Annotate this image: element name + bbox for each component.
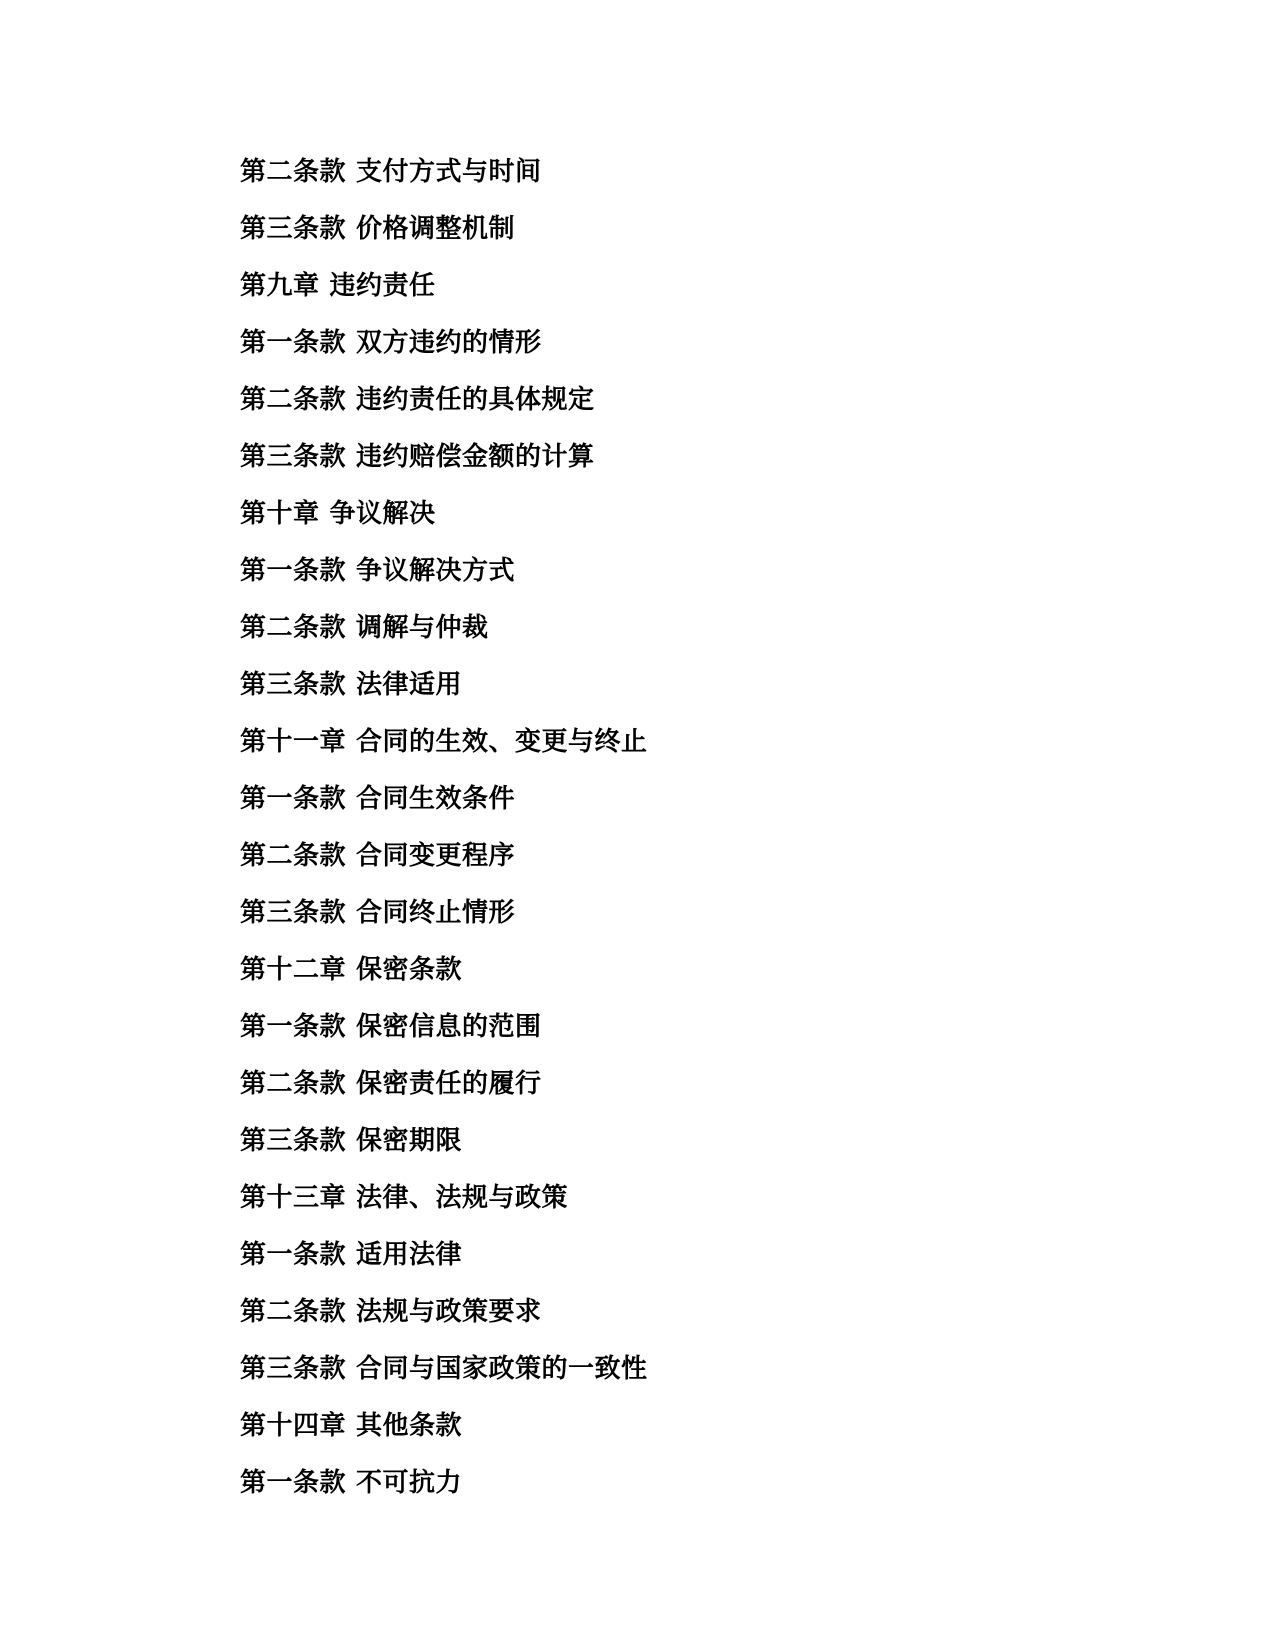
toc-entry-title: 不可抗力 xyxy=(356,1462,462,1499)
toc-entry-title: 合同与国家政策的一致性 xyxy=(356,1348,648,1385)
toc-entry-title: 违约责任的具体规定 xyxy=(356,379,595,416)
toc-entry-title: 调解与仲裁 xyxy=(356,607,489,644)
toc-entry-number: 第三条款 xyxy=(240,436,346,473)
toc-entry: 第三条款 合同终止情形 xyxy=(240,882,1215,939)
toc-entry: 第三条款 法律适用 xyxy=(240,654,1215,711)
toc-entry: 第十四章 其他条款 xyxy=(240,1395,1215,1452)
toc-entry-title: 法规与政策要求 xyxy=(356,1291,542,1328)
toc-entry-number: 第二条款 xyxy=(240,151,346,188)
toc-entry-number: 第十一章 xyxy=(240,721,346,758)
toc-entry: 第三条款 价格调整机制 xyxy=(240,198,1215,255)
toc-entry: 第二条款 法规与政策要求 xyxy=(240,1281,1215,1338)
toc-entry: 第十三章 法律、法规与政策 xyxy=(240,1167,1215,1224)
toc-entry-number: 第二条款 xyxy=(240,607,346,644)
toc-entry: 第二条款 保密责任的履行 xyxy=(240,1053,1215,1110)
toc-entry-number: 第十章 xyxy=(240,493,320,530)
toc-entry: 第一条款 争议解决方式 xyxy=(240,540,1215,597)
toc-entry-number: 第一条款 xyxy=(240,1234,346,1271)
toc-entry-number: 第二条款 xyxy=(240,1063,346,1100)
toc-entry-title: 争议解决 xyxy=(330,493,436,530)
toc-entry-number: 第三条款 xyxy=(240,208,346,245)
toc-entry: 第一条款 保密信息的范围 xyxy=(240,996,1215,1053)
toc-entry-title: 法律、法规与政策 xyxy=(356,1177,568,1214)
toc-entry: 第二条款 支付方式与时间 xyxy=(240,141,1215,198)
toc-entry-title: 法律适用 xyxy=(356,664,462,701)
toc-entry-title: 支付方式与时间 xyxy=(356,151,542,188)
toc-entry-number: 第一条款 xyxy=(240,1462,346,1499)
toc-entry: 第一条款 合同生效条件 xyxy=(240,768,1215,825)
toc-entry-number: 第三条款 xyxy=(240,892,346,929)
toc-entry-title: 违约赔偿金额的计算 xyxy=(356,436,595,473)
toc-entry-number: 第二条款 xyxy=(240,1291,346,1328)
toc-entry: 第三条款 违约赔偿金额的计算 xyxy=(240,426,1215,483)
toc-entry: 第一条款 不可抗力 xyxy=(240,1452,1215,1509)
toc-entry: 第二条款 调解与仲裁 xyxy=(240,597,1215,654)
toc-entry-number: 第一条款 xyxy=(240,778,346,815)
toc-entry: 第九章 违约责任 xyxy=(240,255,1215,312)
toc-entry: 第一条款 双方违约的情形 xyxy=(240,312,1215,369)
toc-entry-title: 其他条款 xyxy=(356,1405,462,1442)
document-page: 第二条款 支付方式与时间 第三条款 价格调整机制 第九章 违约责任 第一条款 双… xyxy=(0,0,1275,1650)
toc-entry: 第十章 争议解决 xyxy=(240,483,1215,540)
toc-entry-title: 合同变更程序 xyxy=(356,835,515,872)
toc-entry-title: 违约责任 xyxy=(330,265,436,302)
toc-entry-number: 第十二章 xyxy=(240,949,346,986)
toc-entry-title: 价格调整机制 xyxy=(356,208,515,245)
toc-entry-number: 第一条款 xyxy=(240,1006,346,1043)
toc-entry-number: 第二条款 xyxy=(240,835,346,872)
toc-entry-title: 合同的生效、变更与终止 xyxy=(356,721,648,758)
toc-entry: 第十二章 保密条款 xyxy=(240,939,1215,996)
toc-entry: 第十一章 合同的生效、变更与终止 xyxy=(240,711,1215,768)
toc-entry-title: 双方违约的情形 xyxy=(356,322,542,359)
toc-entry: 第三条款 保密期限 xyxy=(240,1110,1215,1167)
toc-entry-title: 保密信息的范围 xyxy=(356,1006,542,1043)
toc-entry-number: 第十四章 xyxy=(240,1405,346,1442)
toc-entry: 第二条款 合同变更程序 xyxy=(240,825,1215,882)
toc-entry-title: 保密条款 xyxy=(356,949,462,986)
toc-entry-number: 第三条款 xyxy=(240,1120,346,1157)
toc-entry-number: 第九章 xyxy=(240,265,320,302)
toc-entry-title: 合同生效条件 xyxy=(356,778,515,815)
toc-entry-title: 适用法律 xyxy=(356,1234,462,1271)
toc-entry-number: 第三条款 xyxy=(240,1348,346,1385)
toc-entry-number: 第十三章 xyxy=(240,1177,346,1214)
toc-entry-title: 合同终止情形 xyxy=(356,892,515,929)
toc-entry-title: 争议解决方式 xyxy=(356,550,515,587)
toc-entry-title: 保密责任的履行 xyxy=(356,1063,542,1100)
toc-entry-number: 第三条款 xyxy=(240,664,346,701)
toc-entry: 第二条款 违约责任的具体规定 xyxy=(240,369,1215,426)
toc-entry: 第三条款 合同与国家政策的一致性 xyxy=(240,1338,1215,1395)
toc-entry-title: 保密期限 xyxy=(356,1120,462,1157)
toc-entry-number: 第一条款 xyxy=(240,550,346,587)
toc-entry: 第一条款 适用法律 xyxy=(240,1224,1215,1281)
toc-entry-number: 第二条款 xyxy=(240,379,346,416)
toc-entry-number: 第一条款 xyxy=(240,322,346,359)
